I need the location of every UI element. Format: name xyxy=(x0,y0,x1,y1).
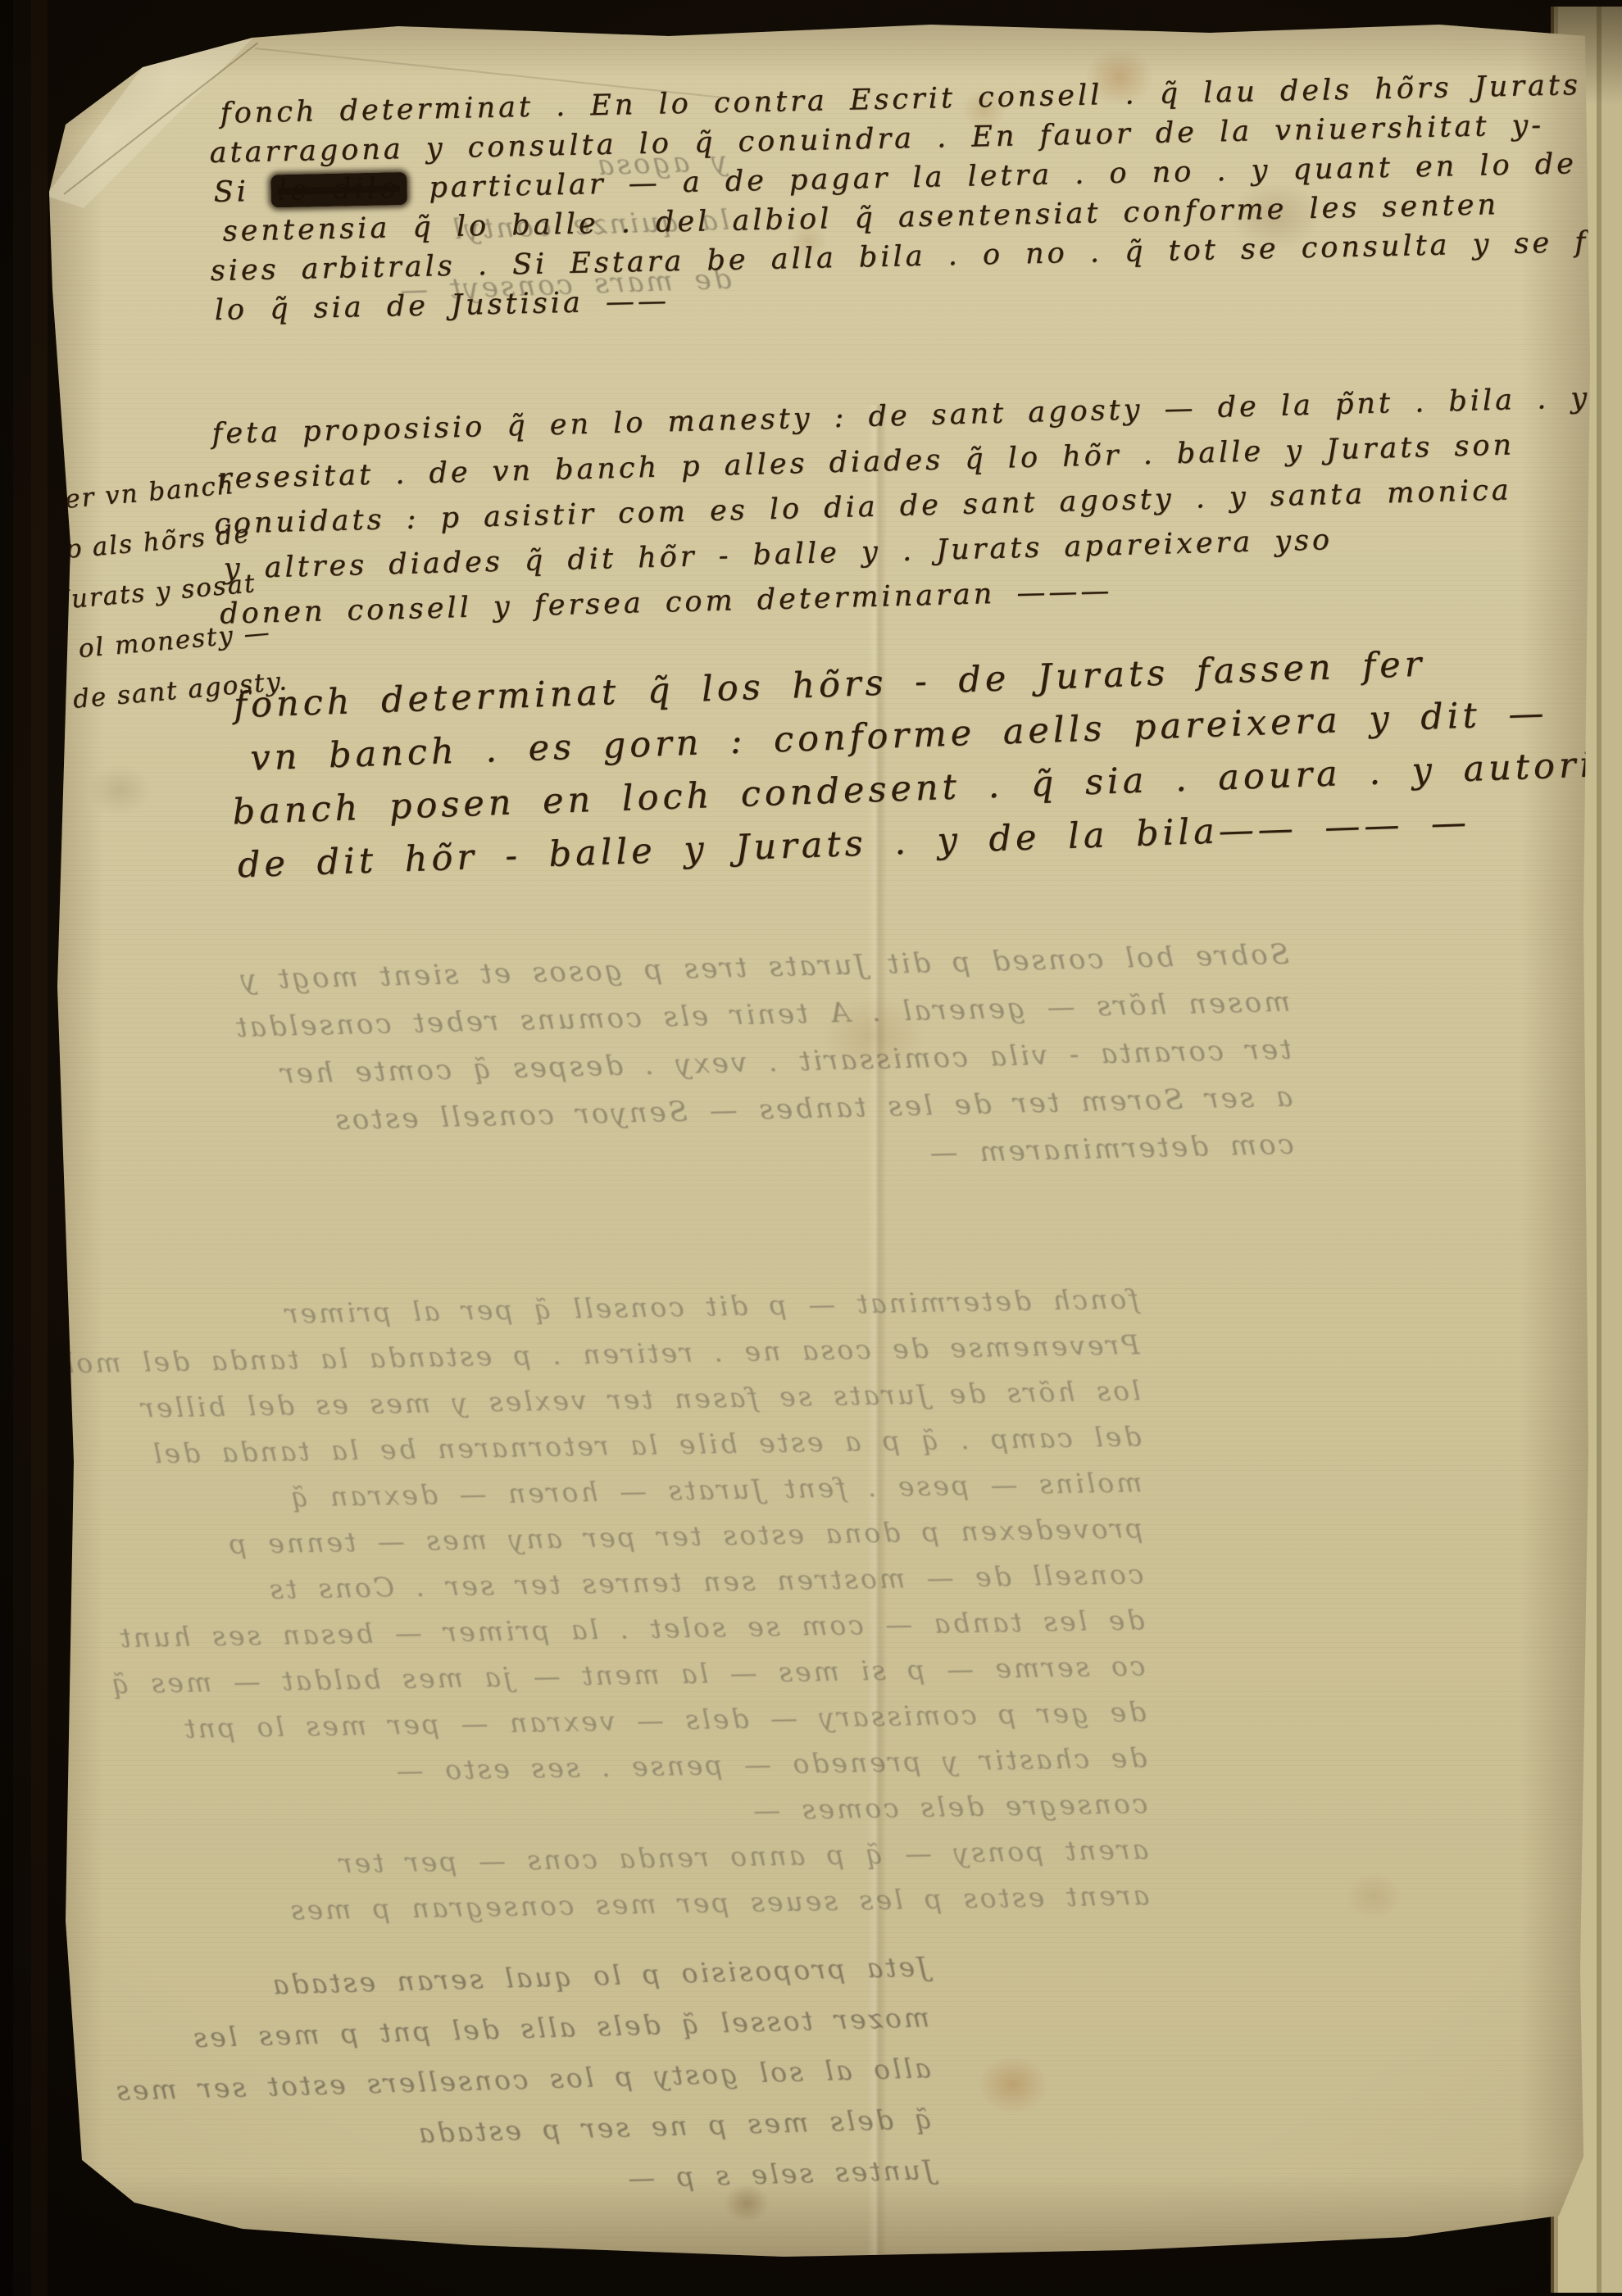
entry1-line3-pre: Si xyxy=(213,175,249,209)
entry1-text: fonch determinat . En lo contra Escrit c… xyxy=(220,63,1622,329)
entry3-text: fonch determinat q̃ los hõrs - de Jurats… xyxy=(233,630,1622,892)
manuscript-page: 20 y agosa la quinze contyl de mars cons… xyxy=(46,20,1590,2257)
bleedthrough-lower: fonch determinat — p dit consell q̃ per … xyxy=(48,1276,1149,1937)
strikethrough-word: lo dilo xyxy=(271,172,407,207)
manuscript-photo: 20 y agosa la quinze contyl de mars cons… xyxy=(0,0,1622,2296)
bleedthrough-middle: Sobre bol consed p dit Jurats tres p gos… xyxy=(60,931,1295,1199)
page-number: 20 xyxy=(53,35,89,69)
bleedthrough-bottom: Jeta proposisio p lo qual seran estada m… xyxy=(59,1941,934,2219)
entry2-text: feta proposisio q̃ en lo manesty : de sa… xyxy=(211,373,1622,638)
